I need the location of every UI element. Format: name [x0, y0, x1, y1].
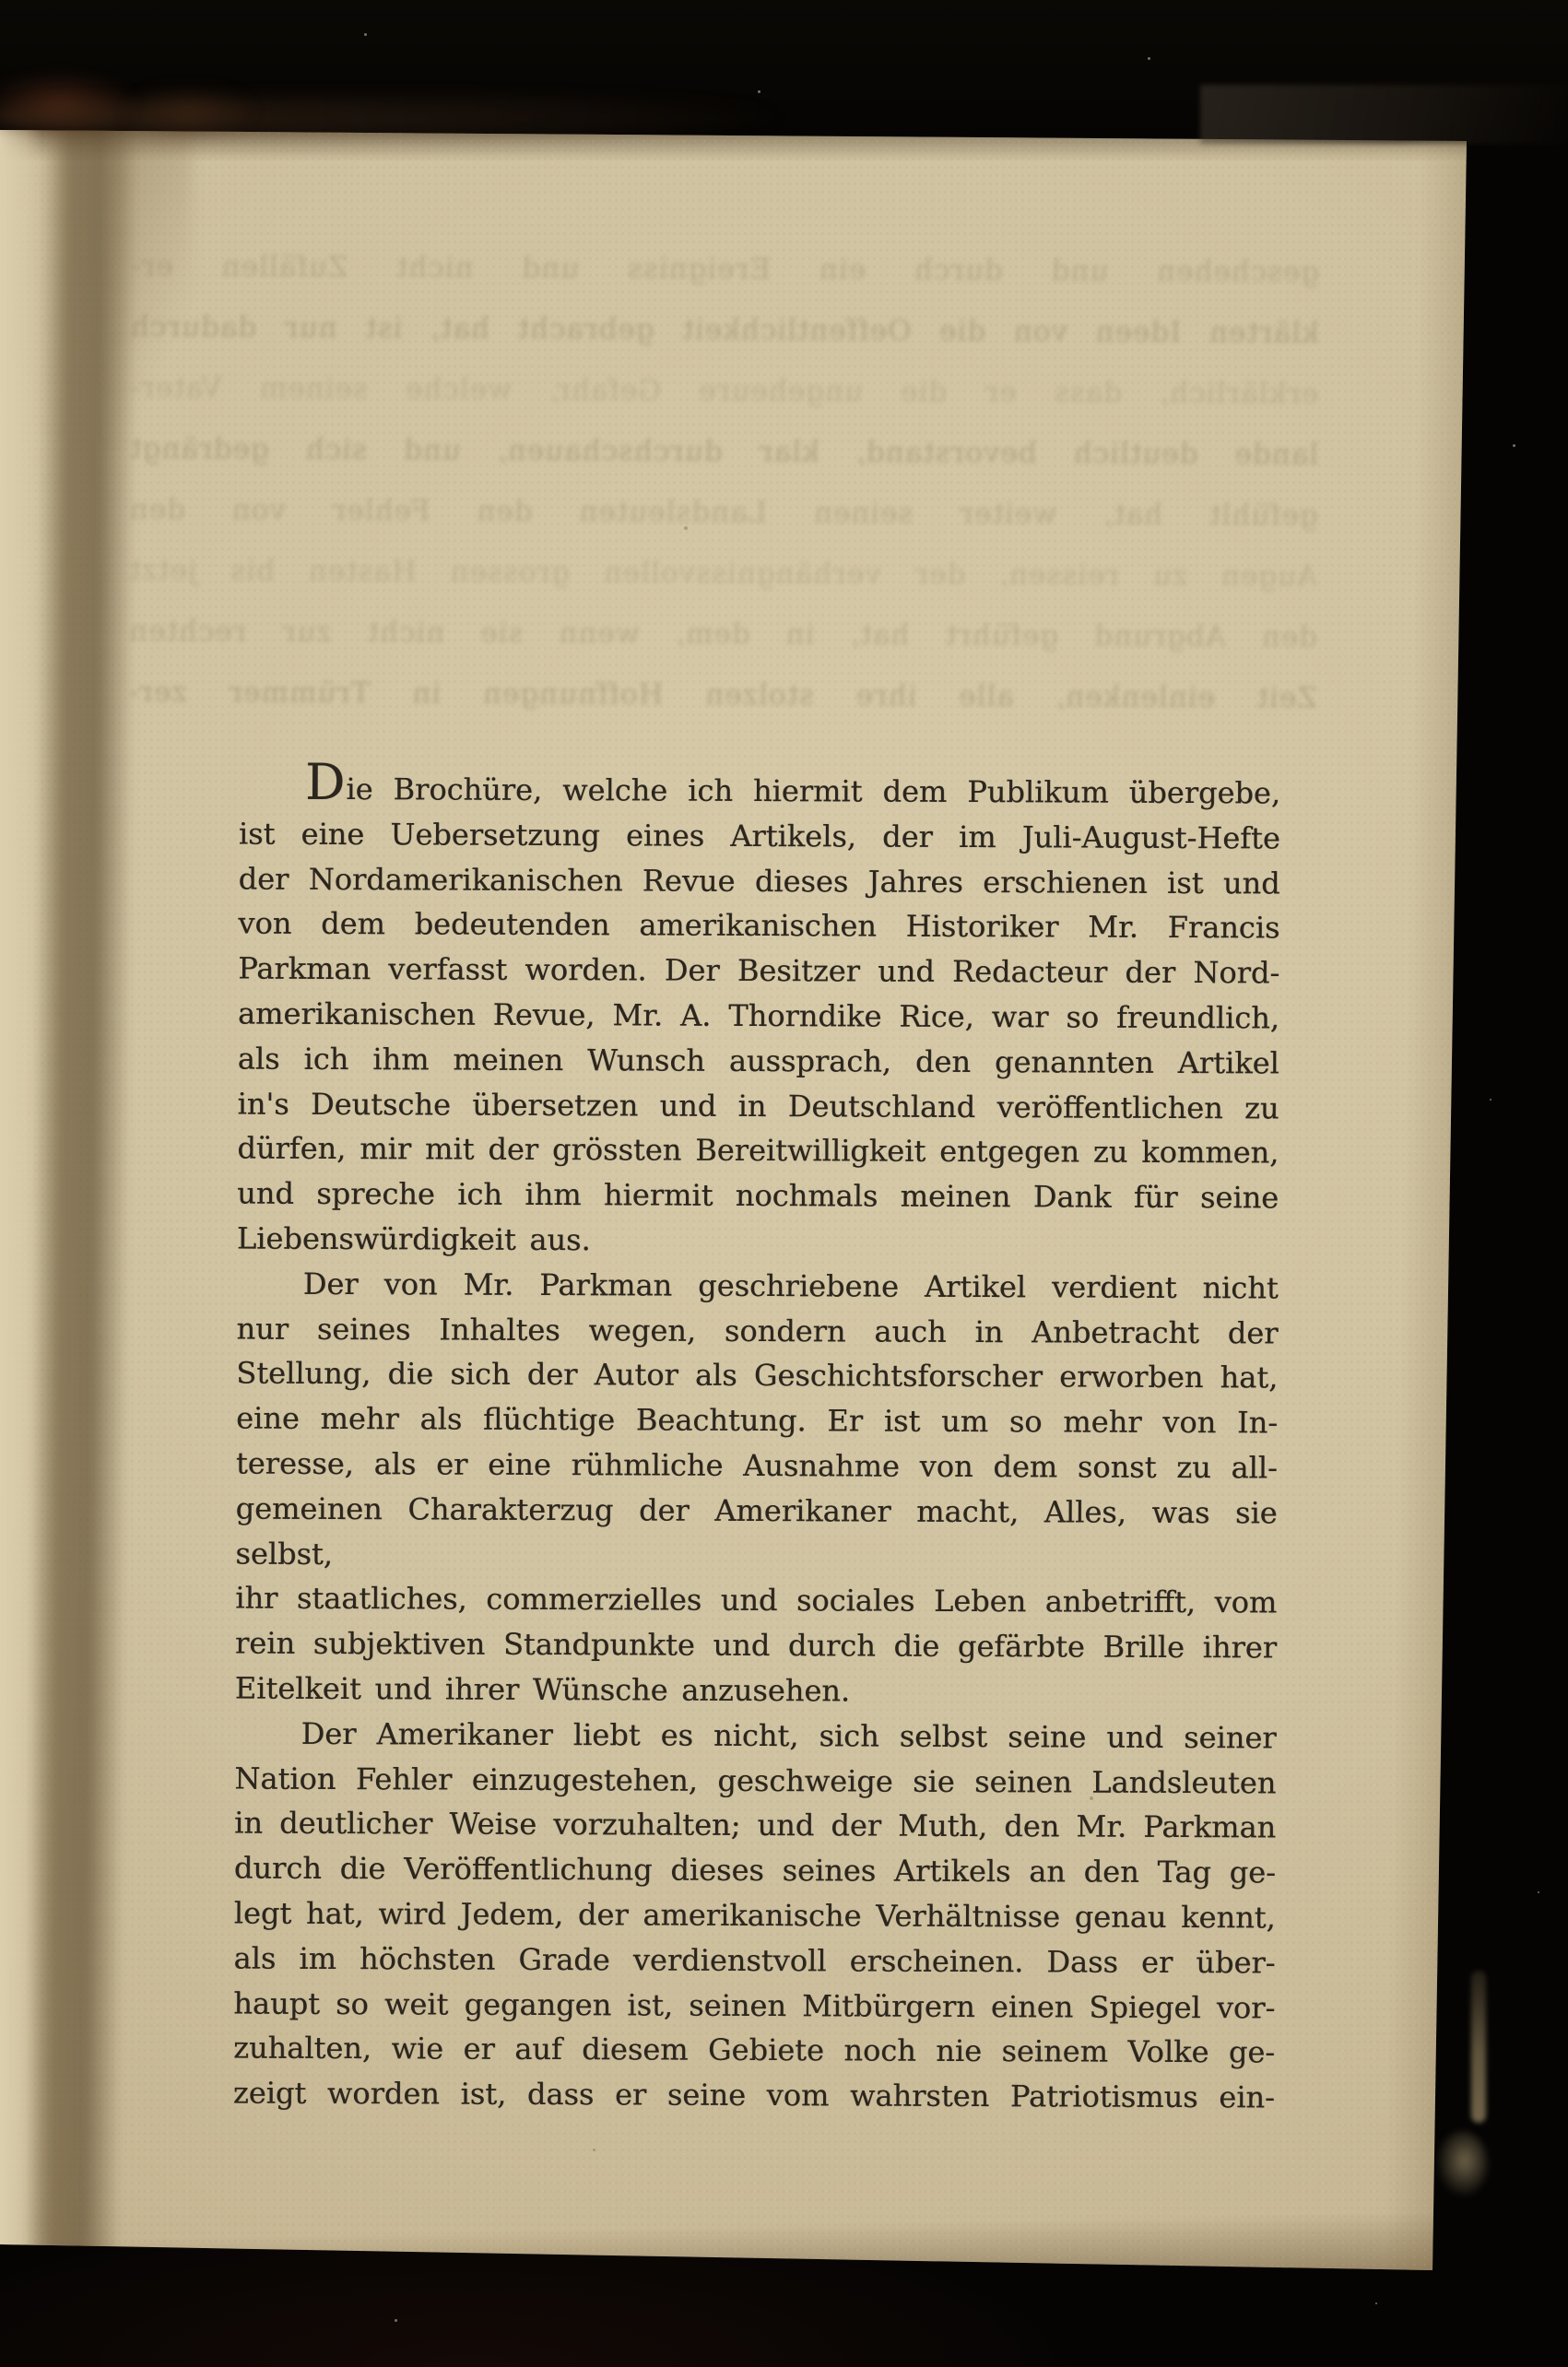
bleedthrough-line: klärten Ideen von die Oeffentlichkeit ge…	[130, 297, 1319, 364]
text-line: in's Deutsche übersetzen und in Deutschl…	[237, 1081, 1279, 1131]
text-line: Stellung, die sich der Autor als Geschic…	[236, 1351, 1278, 1401]
bleedthrough-line: Zeit einlenken, alle ihre stolzen Hoffnu…	[128, 662, 1317, 729]
page-text-block: Die Brochüre, welche ich hiermit dem Pub…	[233, 767, 1280, 2121]
book-cover-edge	[1200, 85, 1568, 144]
book-page: geschehen und durch ein Ereigniss und ni…	[0, 130, 1471, 2275]
book-scan: geschehen und durch ein Ereigniss und ni…	[0, 0, 1568, 2367]
initial-capital: D	[305, 753, 347, 811]
text-line: Eitelkeit und ihrer Wünsche anzusehen.	[235, 1666, 1277, 1715]
text-line: eine mehr als flüchtige Beachtung. Er is…	[236, 1396, 1278, 1446]
text-line: der Nordamerikanischen Revue dieses Jahr…	[239, 856, 1280, 906]
dust-speck	[1148, 57, 1150, 60]
text-line: zeigt worden ist, dass er seine vom wahr…	[233, 2071, 1275, 2121]
paper-speck	[593, 2149, 595, 2151]
text-line: Parkman verfasst worden. Der Besitzer un…	[238, 947, 1279, 996]
text-line: als ich ihm meinen Wunsch aussprach, den…	[238, 1036, 1279, 1086]
text-line: durch die Veröffentlichung dieses seines…	[234, 1846, 1276, 1896]
text-line: Der Amerikaner liebt es nicht, sich selb…	[235, 1711, 1277, 1761]
text-line: haupt so weit gegangen ist, seinen Mitbü…	[233, 1981, 1275, 2031]
text-line: amerikanischen Revue, Mr. A. Thorndike R…	[238, 992, 1279, 1042]
text-line: Der von Mr. Parkman geschriebene Artikel…	[237, 1261, 1279, 1311]
bleedthrough-line: erklärlich, dass er die ungeheure Gefahr…	[129, 358, 1318, 425]
text-line: dürfen, mir mit der grössten Bereitwilli…	[237, 1126, 1279, 1176]
bleedthrough-line: lande deutlich bevorstand, klar durchsch…	[129, 418, 1318, 486]
bleedthrough-text: geschehen und durch ein Ereigniss und ni…	[128, 236, 1320, 729]
text-line: teresse, als er eine rühmliche Ausnahme …	[236, 1441, 1278, 1490]
dust-speck	[1375, 2302, 1377, 2304]
text-line: und spreche ich ihm hiermit nochmals mei…	[237, 1172, 1279, 1221]
text-line: legt hat, wird Jedem, der amerikanische …	[234, 1890, 1276, 1940]
text-line: ihr staatliches, commerzielles und socia…	[235, 1576, 1277, 1626]
text-line: gemeinen Charakterzug der Amerikaner mac…	[235, 1486, 1277, 1581]
dust-speck	[758, 90, 760, 93]
dust-speck	[1538, 1891, 1539, 1893]
text-line: zuhalten, wie er auf diesem Gebiete noch…	[233, 2026, 1275, 2076]
binding-smudge	[0, 72, 138, 136]
text-line: Nation Fehler einzugestehen, geschweige …	[234, 1756, 1276, 1806]
dust-speck	[364, 33, 367, 36]
bookmark-ribbon-blur	[1471, 1971, 1486, 2123]
bookmark-ribbon-blur	[1436, 2131, 1488, 2197]
text-line: ist eine Uebersetzung eines Artikels, de…	[239, 811, 1280, 861]
text-line: Liebenswürdigkeit aus.	[237, 1217, 1279, 1266]
bleedthrough-line: den Abgrund geführt hat, in dem, wenn si…	[128, 601, 1317, 668]
text-line: als im höchsten Grade verdienstvoll ersc…	[233, 1936, 1275, 1985]
bleedthrough-line: gefühlt hat, weiter seinen Landsleuten d…	[129, 479, 1318, 547]
binding-smudge	[120, 85, 258, 138]
dust-speck	[395, 2319, 397, 2322]
text-line: nur seines Inhaltes wegen, sondern auch …	[236, 1306, 1278, 1356]
bleedthrough-line: Augen zu reissen, der verhängnissvollen …	[128, 540, 1317, 607]
paper-speck	[684, 526, 688, 530]
bleedthrough-line: geschehen und durch ein Ereigniss und ni…	[130, 236, 1319, 303]
text-line: rein subjektiven Standpunkte und durch d…	[235, 1621, 1277, 1671]
dust-speck	[1513, 444, 1515, 447]
text-line: Die Brochüre, welche ich hiermit dem Pub…	[239, 767, 1280, 817]
text-line: von dem bedeutenden amerikanischen Histo…	[238, 901, 1279, 951]
dust-speck	[1490, 1099, 1491, 1101]
page-crease	[109, 130, 192, 443]
text-line: in deutlicher Weise vorzuhalten; und der…	[234, 1801, 1276, 1851]
